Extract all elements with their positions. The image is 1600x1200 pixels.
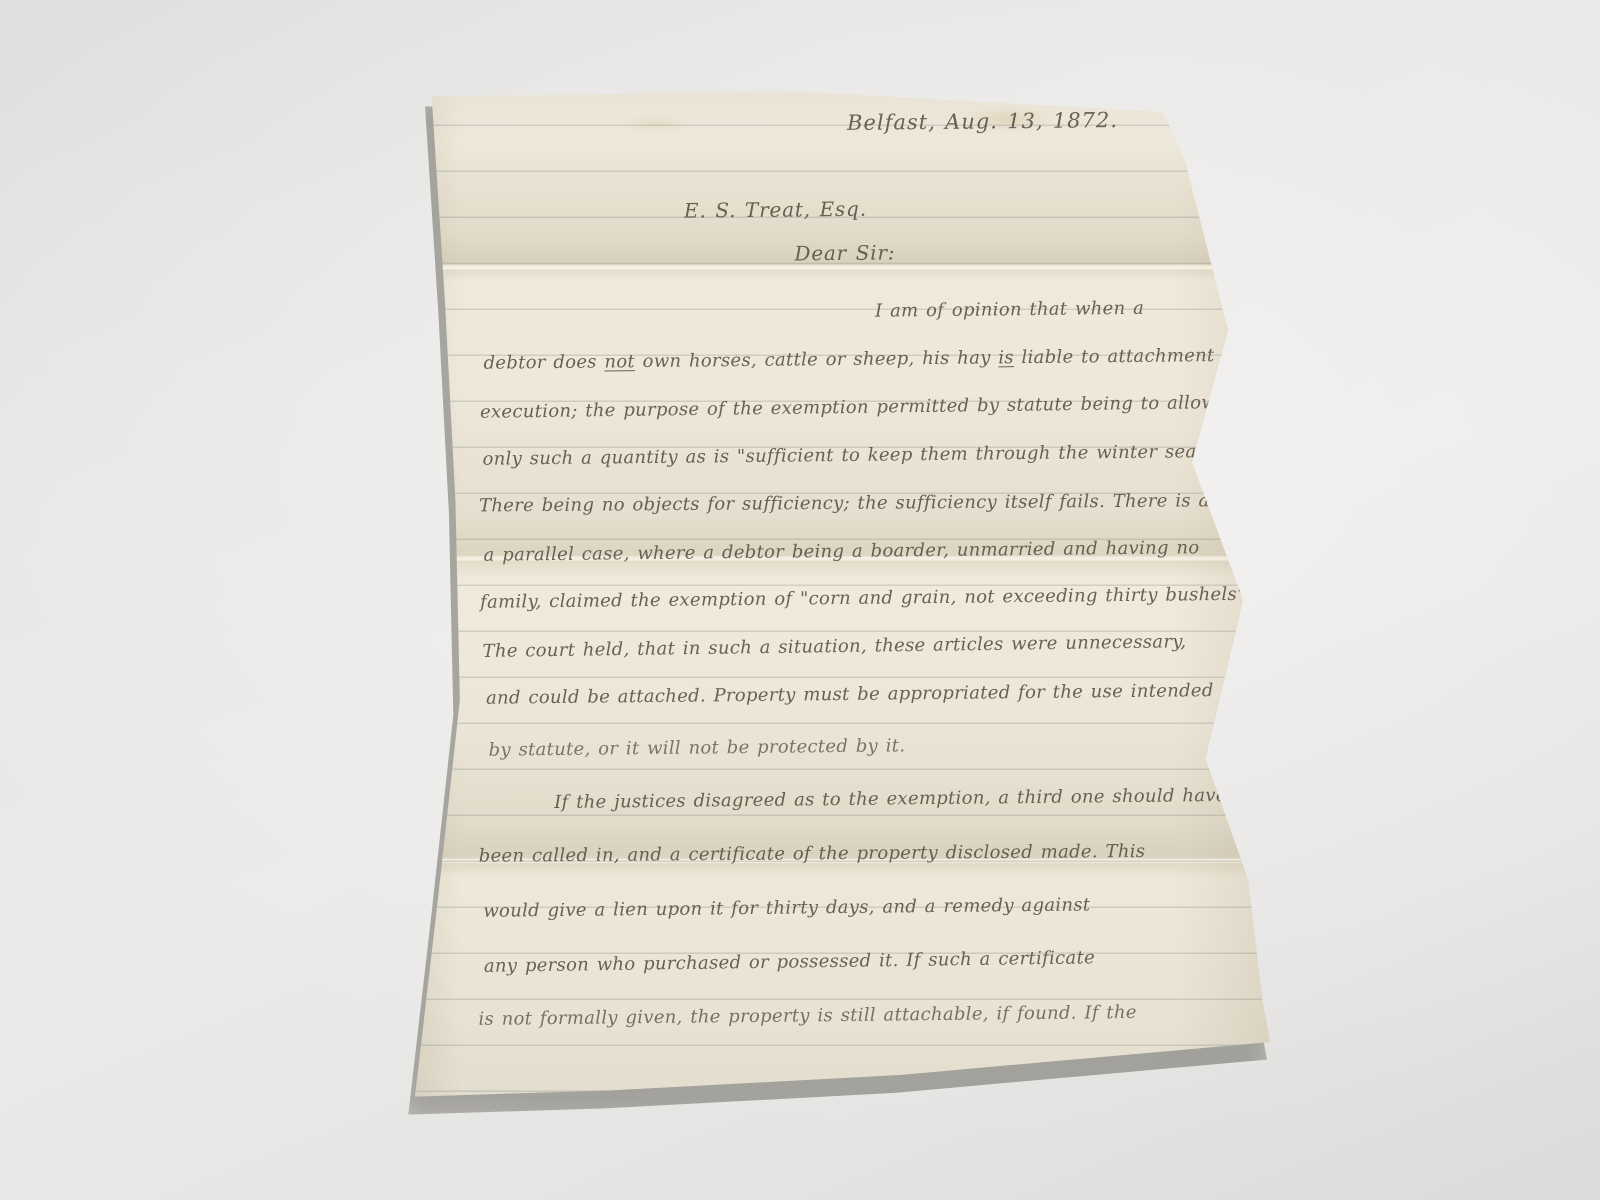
underlined-word: not — [604, 351, 635, 372]
body-line: If the justices disagreed as to the exem… — [554, 784, 1227, 814]
body-line: execution; the purpose of the exemption … — [480, 391, 1260, 425]
body-line: The court held, that in such a situation… — [482, 630, 1186, 663]
salutation: Dear Sir: — [794, 239, 895, 266]
underlined-word: is — [998, 347, 1014, 368]
body-line: debtor does not own horses, cattle or sh… — [483, 344, 1245, 375]
body-line: I am of opinion that when a — [875, 297, 1144, 323]
body-line: family, claimed the exemption of "corn a… — [480, 583, 1252, 614]
letter-paper: Belfast, Aug. 13, 1872. E. S. Treat, Esq… — [400, 80, 1280, 1110]
photo-background: Belfast, Aug. 13, 1872. E. S. Treat, Esq… — [0, 0, 1600, 1200]
body-line: a parallel case, where a debtor being a … — [483, 536, 1199, 567]
letter-paper-area: Belfast, Aug. 13, 1872. E. S. Treat, Esq… — [400, 80, 1280, 1110]
body-line-text: debtor does — [483, 351, 604, 373]
addressee-line: E. S. Treat, Esq. — [684, 196, 867, 224]
handwritten-text-layer: Belfast, Aug. 13, 1872. E. S. Treat, Esq… — [395, 75, 1286, 1114]
body-line: would give a lien upon it for thirty day… — [483, 893, 1090, 923]
body-line: is not formally given, the property is s… — [478, 1001, 1137, 1031]
body-line: been called in, and a certificate of the… — [479, 840, 1146, 868]
body-line: any person who purchased or possessed it… — [484, 946, 1095, 978]
body-line: and could be attached. Property must be … — [486, 679, 1214, 710]
dateline: Belfast, Aug. 13, 1872. — [847, 107, 1118, 137]
body-line: by statute, or it will not be protected … — [488, 734, 905, 762]
body-line: There being no objects for sufficiency; … — [479, 489, 1261, 518]
body-line-text: own horses, cattle or sheep, his hay — [635, 347, 998, 372]
body-line-text: liable to attachment on — [1014, 345, 1246, 368]
body-line: only such a quantity as is "sufficient t… — [482, 440, 1243, 471]
